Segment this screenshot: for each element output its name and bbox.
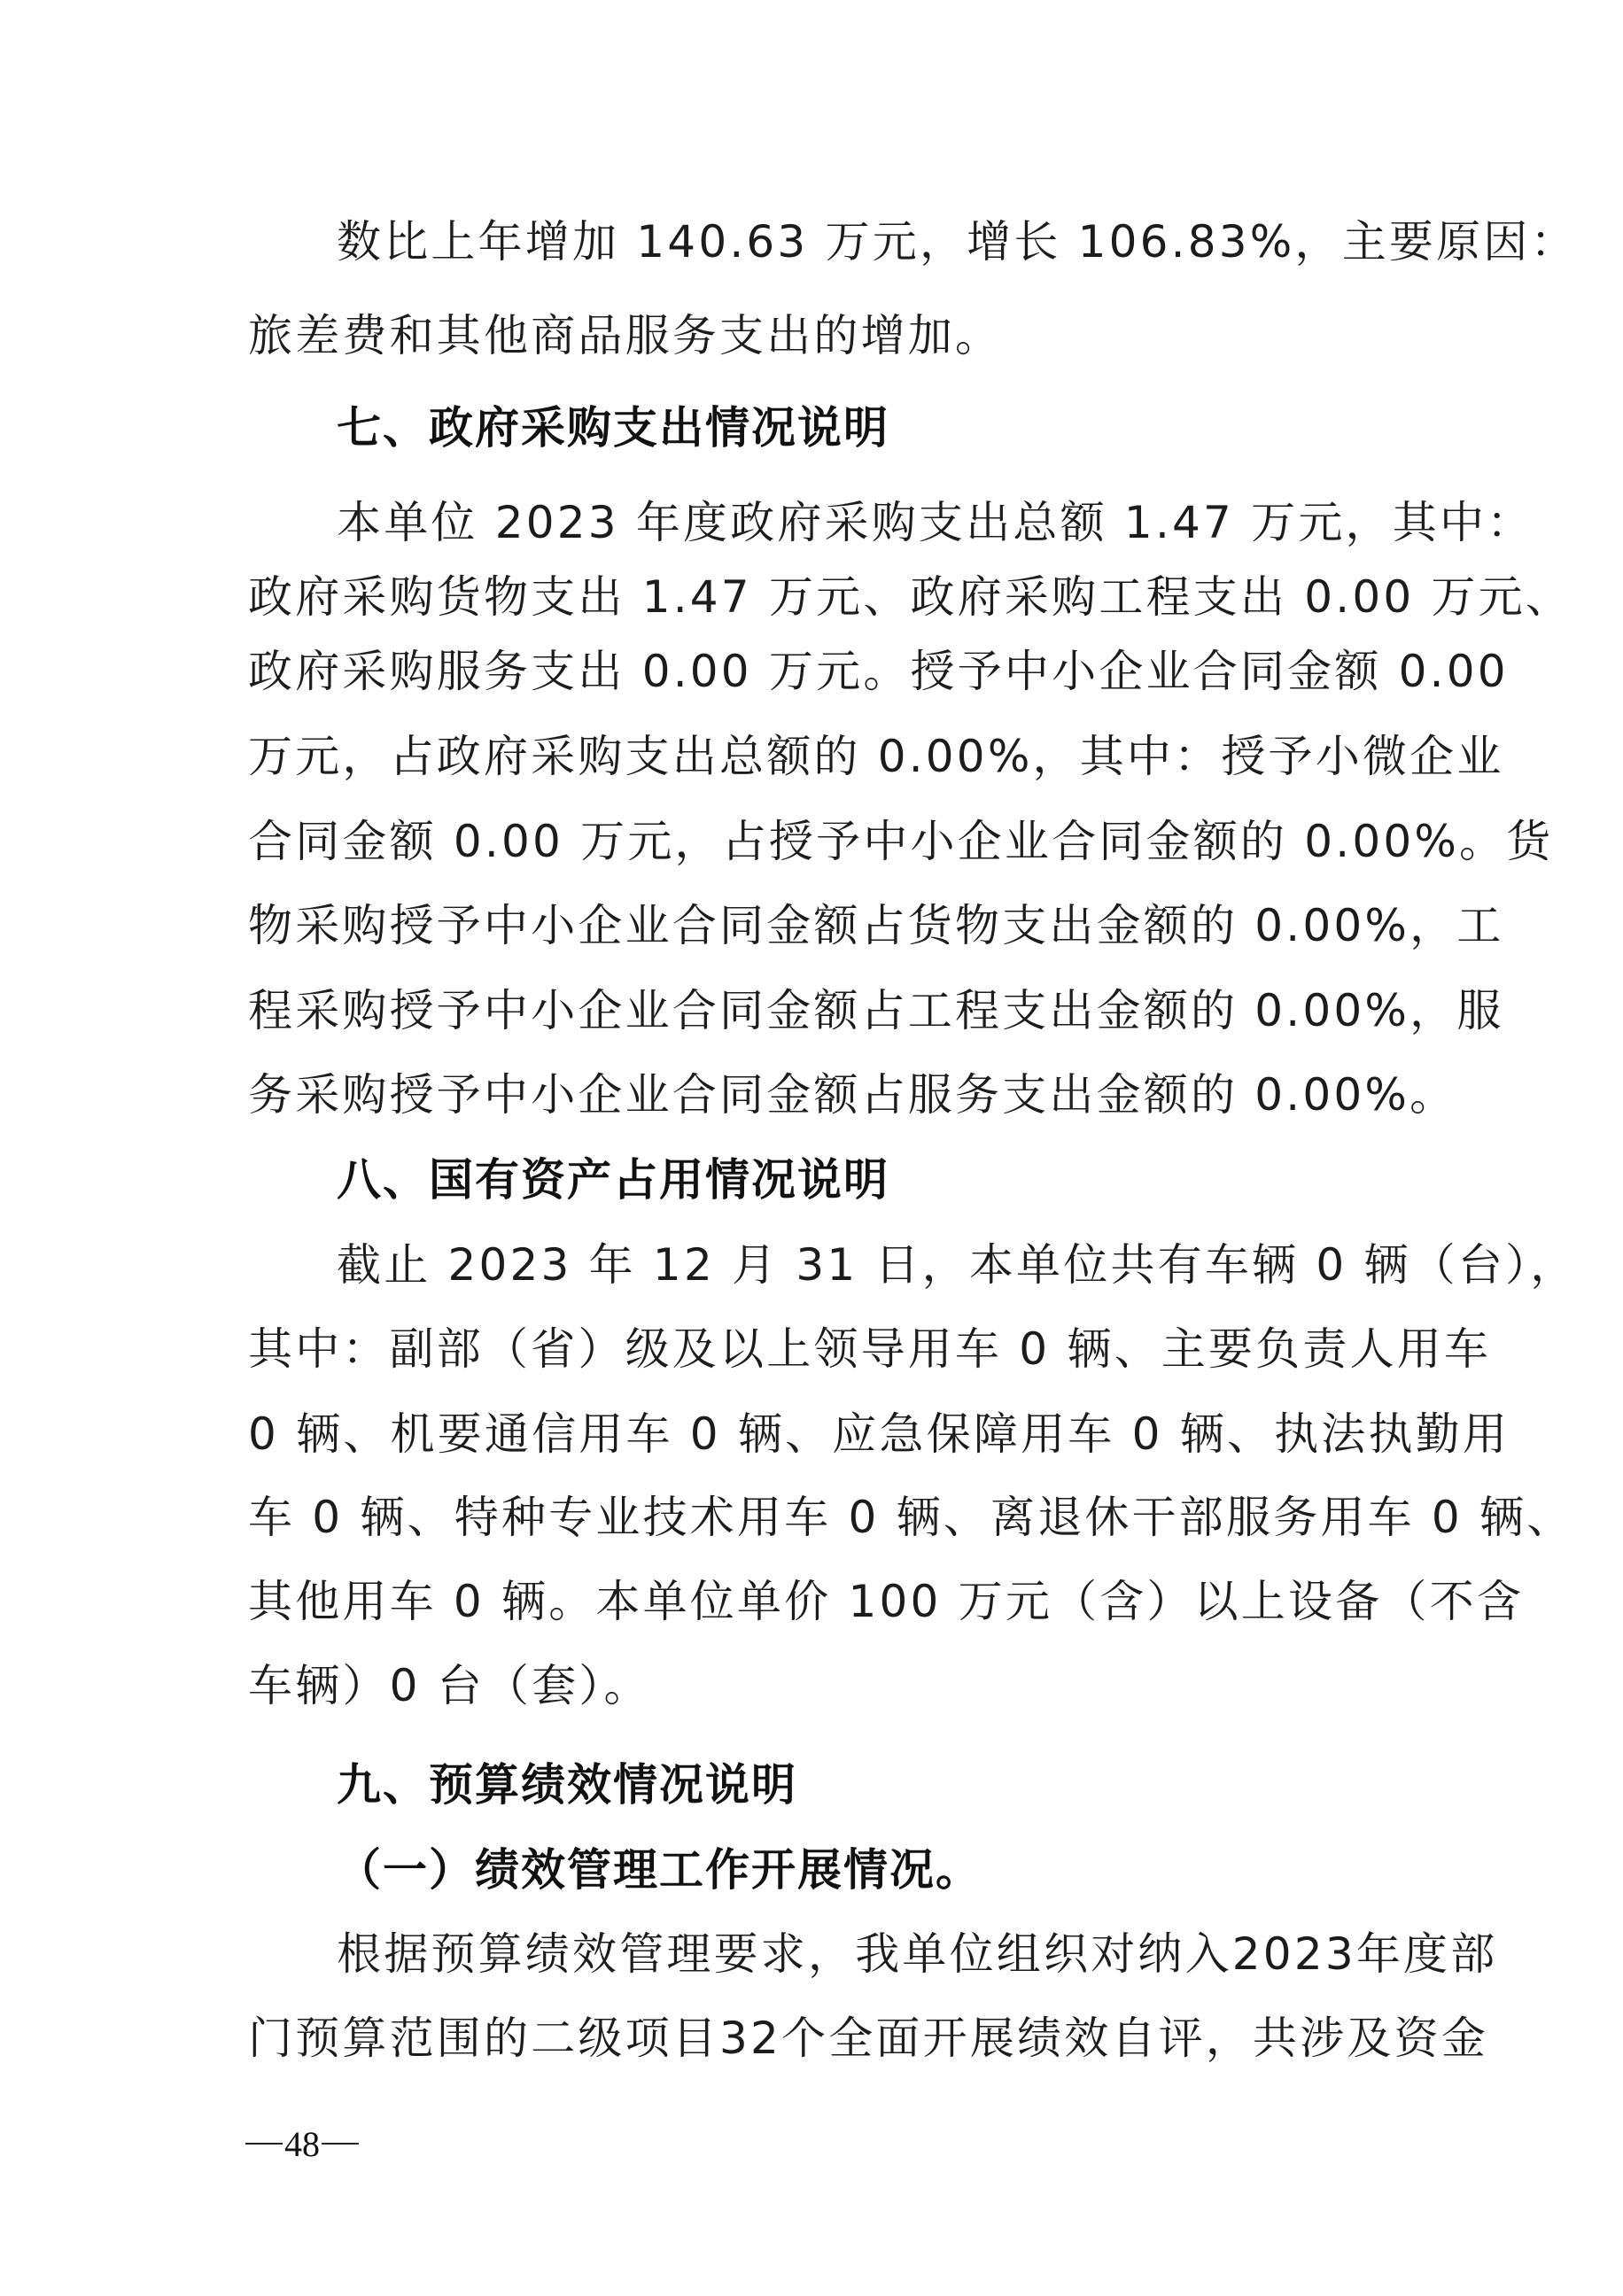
body-line: 程采购授予中小企业合同金额占工程支出金额的 0.00%，服	[248, 984, 1504, 1037]
body-line: 其中：副部（省）级及以上领导用车 0 辆、主要负责人用车	[248, 1323, 1491, 1376]
body-line: 政府采购货物支出 1.47 万元、政府采购工程支出 0.00 万元、	[248, 570, 1573, 624]
body-line: 车辆）0 台（套）。	[248, 1659, 651, 1712]
page-number-right-dash	[322, 2143, 359, 2145]
body-line: 万元，占政府采购支出总额的 0.00%，其中：授予小微企业	[248, 730, 1504, 783]
section-heading-budget-performance: 九、预算绩效情况说明	[337, 1758, 797, 1811]
body-line: 根据预算绩效管理要求，我单位组织对纳入2023年度部	[337, 1928, 1497, 1981]
body-line: 数比上年增加 140.63 万元，增长 106.83%，主要原因：	[337, 215, 1578, 268]
body-line: 其他用车 0 辆。本单位单价 100 万元（含）以上设备（不含	[248, 1575, 1524, 1628]
page-number-value: 48	[283, 2123, 322, 2165]
page-number-left-dash	[245, 2143, 283, 2145]
section-heading-government-procurement: 七、政府采购支出情况说明	[337, 401, 889, 454]
body-line: 车 0 辆、特种专业技术用车 0 辆、离退休干部服务用车 0 辆、	[248, 1491, 1573, 1544]
body-line: 物采购授予中小企业合同金额占货物支出金额的 0.00%，工	[248, 899, 1504, 952]
body-line: 务采购授予中小企业合同金额占服务支出金额的 0.00%。	[248, 1068, 1456, 1121]
body-line: 门预算范围的二级项目32个全面开展绩效自评，共涉及资金	[248, 2012, 1488, 2065]
document-page: 数比上年增加 140.63 万元，增长 106.83%，主要原因： 旅差费和其他…	[0, 0, 1623, 2296]
body-line: 截止 2023 年 12 月 31 日，本单位共有车辆 0 辆（台），	[337, 1238, 1577, 1291]
body-line: 合同金额 0.00 万元，占授予中小企业合同金额的 0.00%。货	[248, 815, 1553, 868]
body-line: 旅差费和其他商品服务支出的增加。	[248, 309, 1002, 362]
subsection-heading-performance-management: （一）绩效管理工作开展情况。	[337, 1843, 982, 1897]
body-line: 政府采购服务支出 0.00 万元。授予中小企业合同金额 0.00	[248, 645, 1509, 698]
body-line: 本单位 2023 年度政府采购支出总额 1.47 万元，其中：	[337, 496, 1534, 549]
page-number: 48	[245, 2121, 359, 2166]
section-heading-state-assets: 八、国有资产占用情况说明	[337, 1153, 889, 1206]
body-line: 0 辆、机要通信用车 0 辆、应急保障用车 0 辆、执法执勤用	[248, 1408, 1510, 1461]
